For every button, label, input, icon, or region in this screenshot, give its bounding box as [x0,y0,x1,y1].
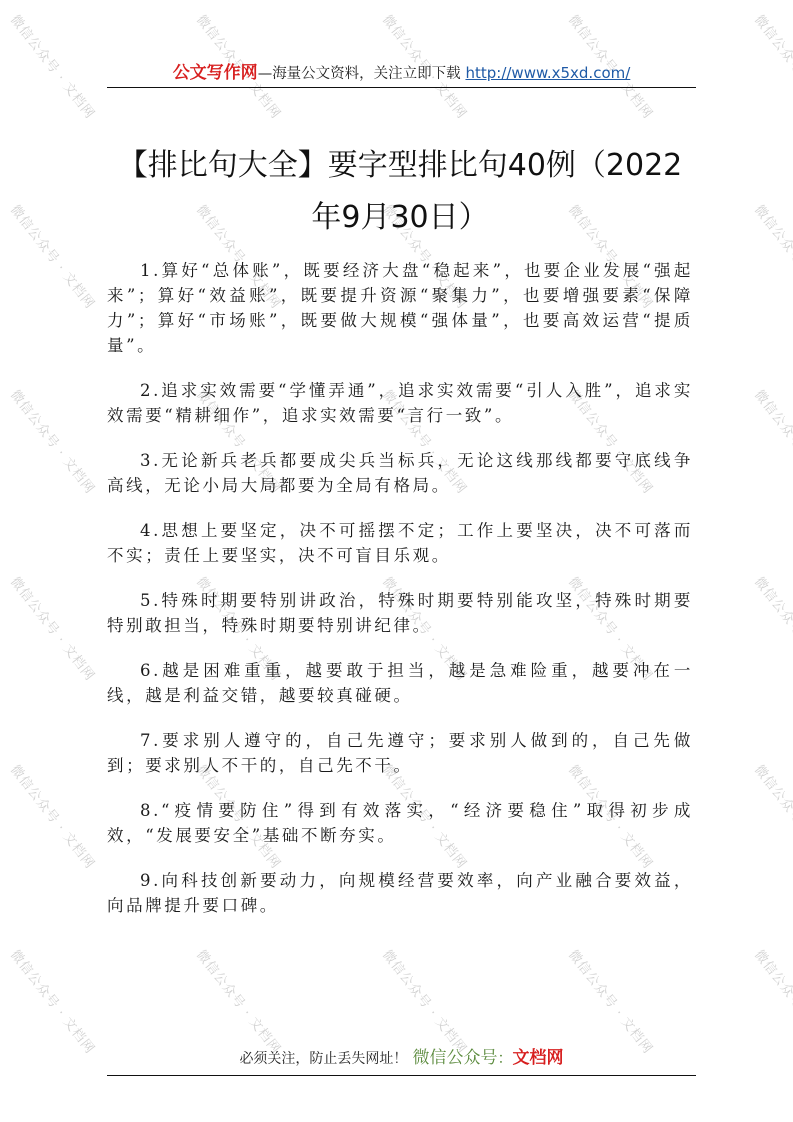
page-header: 公文写作网—海量公文资料，关注立即下载 http://www.x5xd.com/ [107,58,696,88]
paragraph-4: 4.思想上要坚定，决不可摇摆不定；工作上要坚决，决不可落而不实；责任上要坚实，决… [107,518,693,568]
header-divider [107,87,696,88]
footer-colon: ： [498,1049,513,1067]
paragraph-9: 9.向科技创新要动力，向规模经营要效率，向产业融合要效益，向品牌提升要口碑。 [107,868,693,918]
paragraph-2: 2.追求实效需要“学懂弄通”，追求实效需要“引人入胜”，追求实效需要“精耕细作”… [107,378,693,428]
header-link[interactable]: http://www.x5xd.com/ [465,64,630,82]
paragraph-7: 7.要求别人遵守的，自己先遵守；要求别人做到的，自己先做到；要求别人不干的，自己… [107,728,693,778]
paragraph-3: 3.无论新兵老兵都要成尖兵当标兵，无论这线那线都要守底线争高线，无论小局大局都要… [107,448,693,498]
paragraph-1: 1.算好“总体账”，既要经济大盘“稳起来”，也要企业发展“强起来”；算好“效益账… [107,258,693,358]
header-brand: 公文写作网 [173,63,258,83]
title-line-2: 年9月30日） [100,192,700,244]
paragraph-6: 6.越是困难重重，越要敢于担当，越是急难险重，越要冲在一线，越是利益交错，越要较… [107,658,693,708]
footer-notice: 必须关注，防止丢失网址！ [239,1051,407,1067]
footer-divider [107,1075,696,1076]
document-title: 【排比句大全】要字型排比句40例（2022 年9月30日） [100,140,700,244]
footer-site-name: 文档网 [513,1048,564,1068]
paragraph-8: 8.“疫情要防住”得到有效落实，“经济要稳住”取得初步成效，“发展要安全”基础不… [107,798,693,848]
document-page: 公文写作网—海量公文资料，关注立即下载 http://www.x5xd.com/… [0,0,793,1122]
header-slogan: —海量公文资料，关注立即下载 [258,66,461,82]
title-line-1: 【排比句大全】要字型排比句40例（2022 [100,140,700,192]
paragraph-5: 5.特殊时期要特别讲政治，特殊时期要特别能攻坚，特殊时期要特别敢担当，特殊时期要… [107,588,693,638]
page-footer: 必须关注，防止丢失网址！ 微信公众号：文档网 [107,1043,696,1073]
document-body: 1.算好“总体账”，既要经济大盘“稳起来”，也要企业发展“强起来”；算好“效益账… [107,258,693,938]
footer-wechat-label: 微信公众号 [413,1048,498,1068]
